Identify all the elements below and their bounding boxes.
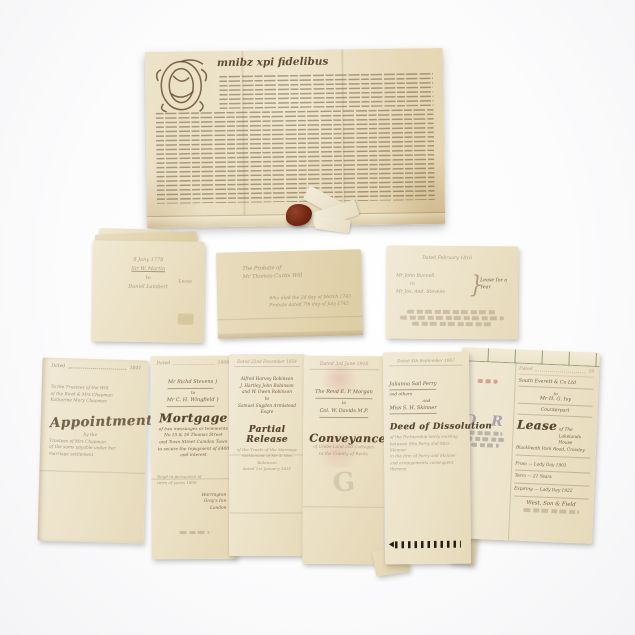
party2: Mr H. G. Ivy (518, 395, 593, 407)
lease-for-year-packet: Dated February 1816 Mr John Bunnell to M… (386, 246, 519, 340)
red-scribble (478, 379, 498, 383)
subtitle: of the Trusts of the Marriage Settlement… (234, 447, 300, 472)
deed-conveyance: Dated 3rd June 1910 The Revd E. P. Morga… (302, 356, 384, 565)
dated-line: Dated 3rd June 1910 (310, 362, 379, 370)
fold-crease (229, 454, 305, 456)
recitals: To the Trustees of the Will of the Revd … (50, 385, 141, 407)
dated-row: Dated 19 (519, 367, 594, 378)
docket-block: 8 Jany 1778 Sir W. Martin to Daniel Lamb… (92, 240, 205, 293)
illuminated-initial (153, 57, 214, 114)
manuscript-lines-upper (219, 72, 433, 109)
party2: Col. W. Davids M.P. (320, 407, 369, 418)
seal-group (286, 192, 370, 242)
subtitle-line: Blackheath Park Road, Crawley (516, 446, 591, 459)
photo-stage: mnibz xpi fidelibus 8 Jany 1778 Sir W. M… (0, 0, 635, 635)
probate-line4: Probate dated 7th day of July 1743 (269, 301, 351, 310)
term-line: Expiring — Lady Day 1922 (514, 486, 589, 499)
wax-seal (286, 204, 312, 226)
probate-heading: The Probate of Mr Thomas Curtis Will (242, 264, 302, 282)
docket-party1: Mr John Bunnell (396, 273, 445, 281)
subtitle-line: in the County of Berks (309, 451, 378, 458)
pencil-scribble (471, 443, 499, 448)
dated-rule (68, 367, 126, 370)
term-line: Term — 21 Years (514, 474, 589, 487)
docket-dated: Dated February 1816 (422, 256, 472, 261)
probate-line2: Mr Thomas Curtis Will (242, 272, 302, 282)
docket-party2: Mr Jos. And. Stevens (396, 288, 445, 296)
subtitle: by the Trustees of Mrs Chapman of the su… (49, 432, 140, 461)
illegible-script-line (407, 310, 497, 314)
title-row: Lease of The Lakelands House (516, 418, 592, 449)
probate-detail: Who died the 2d day of March 1743 Probat… (269, 293, 351, 309)
party-line: Samuel Sugden Armistead Esqre (234, 404, 300, 417)
party-line: J. Hartley John Robinson (234, 384, 300, 391)
subtitle-line: between Mrs Perry and Miss Skinner (390, 440, 464, 453)
subtitle-line: and arrangements consequent thereon (390, 459, 464, 472)
subtitle-line: of The Lakelands House (558, 427, 592, 448)
dated-label: Dated (156, 361, 170, 366)
dated-year: 1809 (218, 361, 230, 366)
recital-line: Katharine Mary Chapman (50, 398, 140, 407)
deed-opening-text: mnibz xpi fidelibus (217, 56, 329, 70)
pencil-scribble (466, 436, 504, 441)
docket-label: Lease for a Year (480, 277, 514, 292)
dated-row: Dated 1809 (156, 361, 229, 367)
folded-deed-1778: 8 Jany 1778 Sir W. Martin to Daniel Lamb… (91, 240, 204, 343)
subtitle-line: marriage settlement (49, 452, 139, 461)
body-line: and interest (157, 453, 230, 460)
dated-label: Dated (51, 364, 65, 369)
brace: } (215, 379, 218, 385)
parties: Mr Richd Stevens } to Mr C. H. Wingfield… (156, 378, 229, 407)
deed-lease-counterpart: O R Dated 19 South Everett & Co Ltd to M… (454, 347, 600, 544)
parties: The Revd E. P. Morgan to Col. W. Davids … (309, 388, 378, 418)
party-row: Mr C. H. Wingfield } (157, 396, 230, 407)
party1: South Everett & Co Ltd (518, 379, 593, 390)
brace: } (216, 397, 219, 403)
deed-mortgage: Dated 1809 Mr Richd Stevens } to Mr C. H… (150, 356, 236, 560)
dated-line: Dated 22nd December 1854 (234, 359, 300, 367)
illegible-script-line (412, 322, 492, 326)
sig-line: London (157, 506, 226, 513)
party1: The Revd E. P. Morgan (315, 388, 373, 399)
right-panel: Dated 19 South Everett & Co Ltd to Mr H.… (513, 367, 594, 517)
deed-title: Conveyance (309, 432, 378, 445)
dated-year: 1841 (130, 366, 142, 371)
subtitle: of Glebe Land and Cottages in the County… (309, 445, 378, 459)
deed-title: Mortgage (157, 410, 230, 425)
deed-title: Appointment (50, 413, 140, 431)
dated-row: Dated 1841 (51, 364, 141, 372)
party2: Miss S. H. Skinner (389, 404, 436, 414)
subtitle: of the Partnership lately existing betwe… (390, 434, 464, 473)
signatures: Harrington Gray's Inn London (157, 492, 230, 512)
parchment-stain (178, 313, 194, 324)
fold-crease (218, 315, 363, 321)
deed-dissolution: Dated 4th September 1867 Julianna Sail P… (383, 352, 471, 565)
deed-appointment: Dated 1841 To the Trustees of the Will o… (37, 358, 148, 544)
party2: Mr C. H. Wingfield (167, 396, 215, 407)
manuscript-lines-lower (156, 108, 435, 204)
fold-crease (39, 470, 145, 475)
stamp-cancel-ticks (395, 541, 461, 549)
watermark-letter: G (331, 467, 356, 499)
illegible-script-line (523, 508, 579, 514)
dated-label: Dated (519, 367, 533, 373)
parties: Julianna Sail Perry and others and Miss … (389, 380, 463, 415)
note-line: term of years 1809 (157, 480, 230, 487)
party-row: Mr Richd Stevens } (156, 378, 229, 389)
body-line: and Town Street Camden Town (157, 440, 230, 447)
party1: Julianna Sail Perry (389, 380, 436, 390)
docket-label: Lease (179, 279, 193, 284)
dated-year: 19 (588, 370, 594, 375)
party-line: to (234, 397, 300, 404)
dated-rule (535, 370, 585, 373)
subtitle-line: dated 1st January 1831 (234, 466, 300, 472)
fold-edge (218, 330, 363, 339)
deed-partial-release: Dated 22nd December 1854 Alfred Harvey R… (229, 354, 305, 556)
deed-title: Deed of Dissolution (390, 422, 464, 433)
counterpart-label: Counterpart (517, 407, 592, 418)
party-line: Alfred Harvey Robinson (234, 377, 300, 384)
parties: Alfred Harvey Robinson J. Hartley John R… (234, 377, 300, 417)
fold-crease (229, 512, 305, 514)
subtitle-line: of the Partnership lately existing (390, 434, 464, 441)
dated-rule (173, 364, 214, 365)
illegible-script-line (179, 530, 209, 534)
subtitle-line: of Glebe Land and Cottages (309, 445, 378, 452)
illegible-script-line (400, 316, 504, 320)
signature: West, Son & Field (513, 499, 588, 508)
fold-crease (303, 506, 384, 509)
body-text: of two messuages or tenements No 15 & 16… (157, 426, 230, 460)
dated-line: Dated 4th September 1867 (389, 358, 463, 367)
party-line: and W. Owen Robinson (234, 390, 300, 397)
party1: Mr Richd Stevens (168, 378, 213, 389)
deed-title: Lease (517, 418, 558, 434)
deed-title: Partial Release (234, 425, 300, 445)
probate-packet: The Probate of Mr Thomas Curtis Will Who… (216, 249, 363, 339)
term-line: From — Lady Day 1901 (515, 461, 590, 474)
docket-parties: Mr John Bunnell to Mr Jos. And. Stevens (396, 273, 445, 297)
